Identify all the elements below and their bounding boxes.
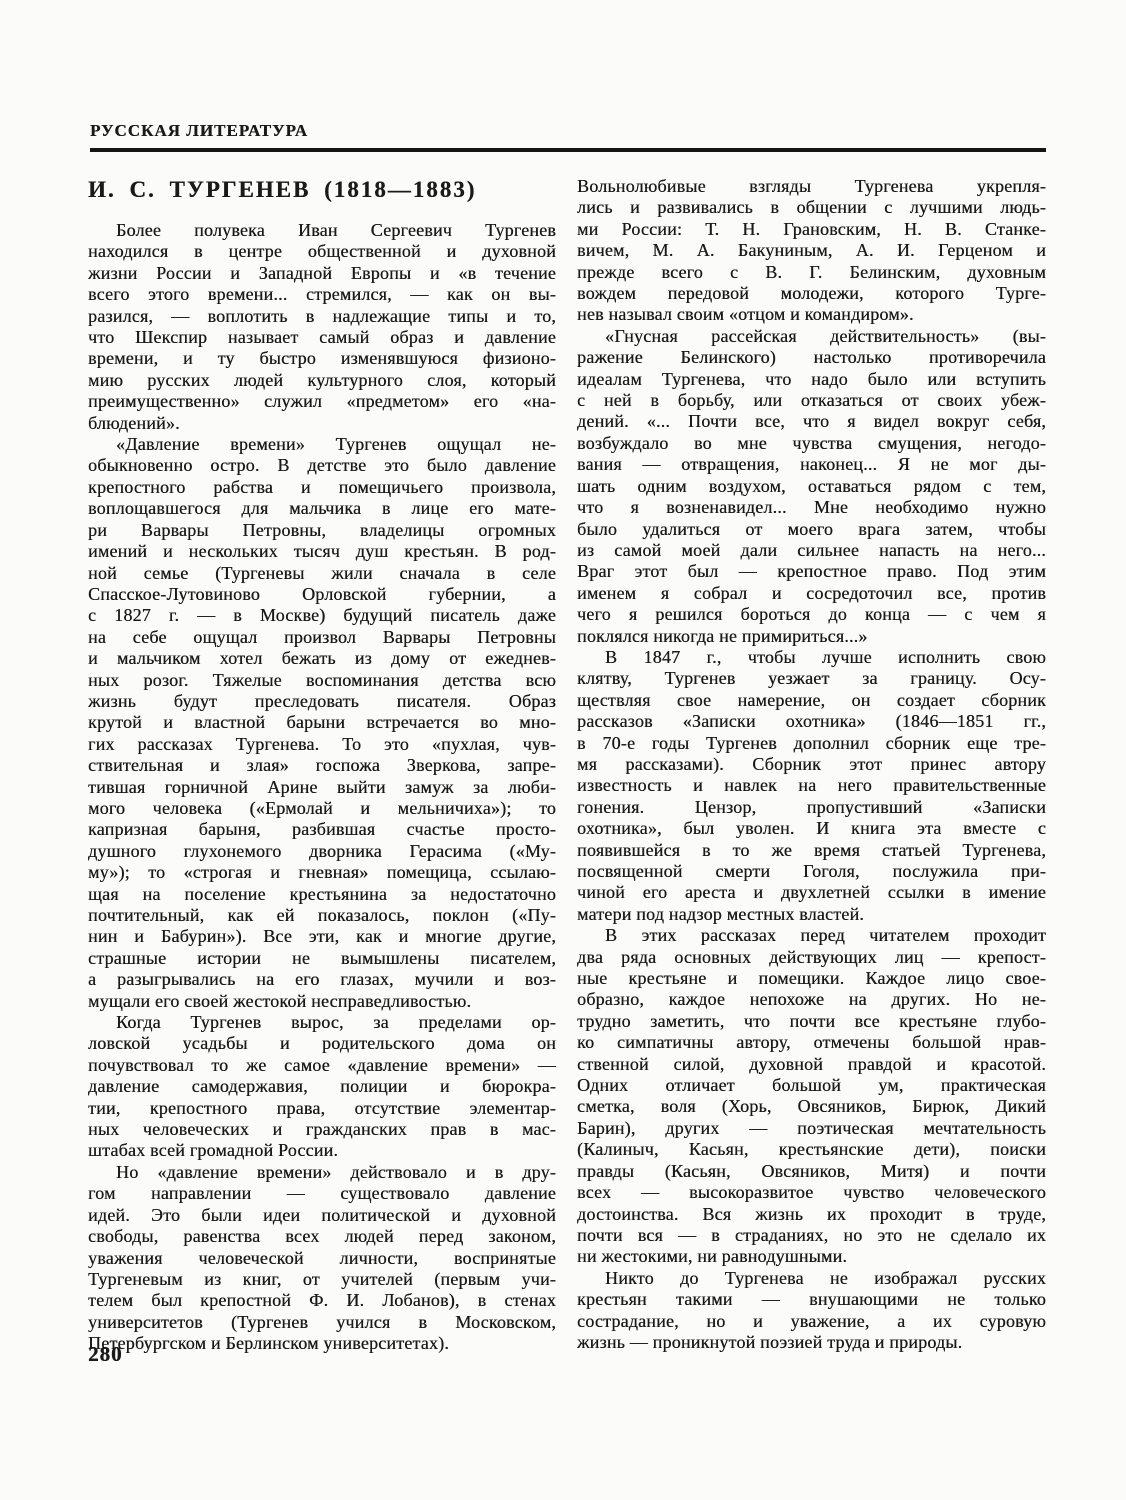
text-line: В этих рассказах перед читателем проходи… <box>577 925 1046 946</box>
book-page: РУССКАЯ ЛИТЕРАТУРА И. С. ТУРГЕНЕВ (1818—… <box>0 0 1126 1500</box>
paragraph: Когда Тургенев вырос, за пределами ор-ло… <box>88 1012 556 1162</box>
text-line: капризная барыня, разбившая счастье прос… <box>88 819 556 840</box>
text-line: крутой и властной барыни встречается во … <box>88 712 556 733</box>
page-number: 280 <box>88 1342 123 1367</box>
text-line: что Шекспир называет самый образ и давле… <box>88 327 556 348</box>
text-line: на себе ощущал произвол Варвары Петровны <box>88 627 556 648</box>
text-line: Когда Тургенев вырос, за пределами ор- <box>88 1012 556 1033</box>
text-line: (Калиныч, Касьян, крестьянские дети), по… <box>577 1139 1046 1160</box>
text-line: Более полувека Иван Сергеевич Тургенев <box>88 220 556 241</box>
paragraph: «Гнусная рассейская действительность» (в… <box>577 326 1046 647</box>
header-rule <box>90 148 1046 152</box>
paragraph: Но «давление времени» действовало и в др… <box>88 1162 556 1355</box>
text-line: было удалиться от моего врага затем, что… <box>577 519 1046 540</box>
paragraph: Вольнолюбивые взгляды Тургенева укрепля-… <box>577 176 1046 326</box>
text-line: Петербургском и Берлинском университетах… <box>88 1333 556 1354</box>
text-line: щая на поселение крестьянина за недостат… <box>88 884 556 905</box>
text-line: воплощавшегося для мальчика в лице его м… <box>88 498 556 519</box>
text-line: времени, и ту быстро изменявшуюся физион… <box>88 348 556 369</box>
text-line: ственной силой, духовной правдой и красо… <box>577 1054 1046 1075</box>
text-line: Никто до Тургенева не изображал русских <box>577 1268 1046 1289</box>
text-line: жизни России и Западной Европы и «в тече… <box>88 263 556 284</box>
text-line: с ней в борьбу, или отказаться от своих … <box>577 390 1046 411</box>
text-line: мущали его своей жестокой несправедливос… <box>88 991 556 1012</box>
text-line: с 1827 г. — в Москве) будущий писатель д… <box>88 605 556 626</box>
paragraph: Более полувека Иван Сергеевич Тургеневна… <box>88 220 556 434</box>
paragraph: В этих рассказах перед читателем проходи… <box>577 925 1046 1268</box>
text-line: матери под надзор местных властей. <box>577 904 1046 925</box>
text-line: ной семье (Тургеневы жили сначала в селе <box>88 563 556 584</box>
text-line: ществляя свое намерение, он создает сбор… <box>577 690 1046 711</box>
text-line: именем я собрал и сосредоточил все, прот… <box>577 583 1046 604</box>
text-line: тившая горничной Арине выйти замуж за лю… <box>88 777 556 798</box>
text-line: трудно заметить, что почти все крестьяне… <box>577 1011 1046 1032</box>
text-line: страшные истории не вымышлены писателем, <box>88 948 556 969</box>
text-line: ражение Белинского) настолько противореч… <box>577 347 1046 368</box>
text-line: всего этого времени... стремился, — как … <box>88 284 556 305</box>
text-line: уважения человеческой личности, восприня… <box>88 1248 556 1269</box>
text-line: возбуждало во мне чувства смущения, него… <box>577 433 1046 454</box>
text-line: всех — высокоразвитое чувство человеческ… <box>577 1182 1046 1203</box>
right-column: Вольнолюбивые взгляды Тургенева укрепля-… <box>577 176 1046 1353</box>
text-line: прежде всего с В. Г. Белинским, духовным <box>577 262 1046 283</box>
text-line: поклялся никогда не примириться...» <box>577 626 1046 647</box>
text-line: мого человека («Ермолай и мельничиха»); … <box>88 798 556 819</box>
text-line: нин и Бабурин»). Все эти, как и многие д… <box>88 926 556 947</box>
text-line: «Гнусная рассейская действительность» (в… <box>577 326 1046 347</box>
text-line: гом направлении — существовало давление <box>88 1183 556 1204</box>
text-line: рассказов «Записки охотника» (1846—1851 … <box>577 711 1046 732</box>
text-line: ни жестокими, ни равнодушными. <box>577 1246 1046 1267</box>
text-line: находился в центре общественной и духовн… <box>88 241 556 262</box>
text-line: жизнь будут преследовать писателя. Образ <box>88 691 556 712</box>
running-header: РУССКАЯ ЛИТЕРАТУРА <box>90 121 308 141</box>
text-line: Барин), других — поэтическая мечтательно… <box>577 1118 1046 1139</box>
text-line: ные крестьяне и помещики. Каждое лицо св… <box>577 968 1046 989</box>
text-line: разился, — воплотить в надлежащие типы и… <box>88 306 556 327</box>
text-line: шать одним воздухом, оставаться рядом с … <box>577 476 1046 497</box>
text-line: му»); то «строгая и гневная» помещица, с… <box>88 862 556 883</box>
text-line: а разыгрывались на его глазах, мучили и … <box>88 969 556 990</box>
text-line: ми России: Т. Н. Грановским, Н. В. Станк… <box>577 219 1046 240</box>
text-line: почтительный, как ей показалось, поклон … <box>88 905 556 926</box>
text-line: блюдений». <box>88 413 556 434</box>
text-line: идеалам Тургенева, что надо было или вст… <box>577 369 1046 390</box>
text-line: гих рассказах Тургенева. То это «пухлая,… <box>88 734 556 755</box>
text-line: Спасское-Лутовиново Орловской губернии, … <box>88 584 556 605</box>
text-line: охотника», был уволен. И книга эта вмест… <box>577 818 1046 839</box>
left-column: И. С. ТУРГЕНЕВ (1818—1883) Более полувек… <box>88 176 556 1355</box>
text-line: лись и развивались в общении с лучшими л… <box>577 197 1046 218</box>
text-line: ствительная и злая» госпожа Зверкова, за… <box>88 755 556 776</box>
text-line: Но «давление времени» действовало и в др… <box>88 1162 556 1183</box>
text-line: посвященной смерти Гоголя, послужила при… <box>577 861 1046 882</box>
text-line: что я возненавидел... Мне необходимо нуж… <box>577 497 1046 518</box>
text-line: вождем передовой молодежи, которого Тург… <box>577 283 1046 304</box>
text-line: университетов (Тургенев учился в Московс… <box>88 1312 556 1333</box>
text-line: штабах всей громадной России. <box>88 1140 556 1161</box>
paragraph: В 1847 г., чтобы лучше исполнить своюкля… <box>577 647 1046 925</box>
text-line: ловской усадьбы и родительского дома он <box>88 1033 556 1054</box>
text-line: тии, крепостного права, отсутствие элеме… <box>88 1098 556 1119</box>
text-line: мию русских людей культурного слоя, кото… <box>88 370 556 391</box>
text-line: телем был крепостной Ф. И. Лобанов), в с… <box>88 1290 556 1311</box>
text-line: душного глухонемого дворника Герасима («… <box>88 841 556 862</box>
text-line: вичем, М. А. Бакуниным, А. И. Герценом и <box>577 240 1046 261</box>
text-line: правды (Касьян, Овсяников, Митя) и почти <box>577 1161 1046 1182</box>
text-line: дений. «... Почти все, что я видел вокру… <box>577 411 1046 432</box>
text-line: давление самодержавия, полиции и бюрокра… <box>88 1076 556 1097</box>
text-line: сметка, воля (Хорь, Овсяников, Бирюк, Ди… <box>577 1096 1046 1117</box>
text-line: вания — отвращения, наконец... Я не мог … <box>577 454 1046 475</box>
text-line: Тургеневым из книг, от учителей (первым … <box>88 1269 556 1290</box>
text-line: гонения. Цензор, пропустивший «Записки <box>577 797 1046 818</box>
text-line: два ряда основных действующих лиц — креп… <box>577 947 1046 968</box>
text-line: ко симпатичны автору, отмечены большой н… <box>577 1032 1046 1053</box>
text-line: появившейся в то же время статьей Турген… <box>577 840 1046 861</box>
paragraph: «Давление времени» Тургенев ощущал не-об… <box>88 434 556 1012</box>
text-line: из самой моей дали сильнее напасть на не… <box>577 540 1046 561</box>
text-line: Вольнолюбивые взгляды Тургенева укрепля- <box>577 176 1046 197</box>
text-line: ных розог. Тяжелые воспоминания детства … <box>88 670 556 691</box>
text-line: свободы, равенства всех людей перед зако… <box>88 1226 556 1247</box>
text-line: почти вся — в страданиях, но это не сдел… <box>577 1225 1046 1246</box>
text-line: нев называл своим «отцом и командиром». <box>577 304 1046 325</box>
left-column-text: Более полувека Иван Сергеевич Тургеневна… <box>88 220 556 1355</box>
text-line: чего я решился бороться до конца — с чем… <box>577 604 1046 625</box>
article-title: И. С. ТУРГЕНЕВ (1818—1883) <box>88 176 556 220</box>
text-line: чиной его ареста и двухлетней ссылки в и… <box>577 882 1046 903</box>
paragraph: Никто до Тургенева не изображал русскихк… <box>577 1268 1046 1354</box>
text-line: Враг этот был — крепостное право. Под эт… <box>577 561 1046 582</box>
text-line: Одних отличает большой ум, практическая <box>577 1075 1046 1096</box>
text-line: идей. Это были идеи политической и духов… <box>88 1205 556 1226</box>
text-line: крестьян такими — внушающими не только <box>577 1289 1046 1310</box>
text-line: и мальчиком хотел бежать из дому от ежед… <box>88 648 556 669</box>
text-line: клятву, Тургенев уезжает за границу. Осу… <box>577 668 1046 689</box>
text-line: сострадание, но и уважение, а их суровую <box>577 1311 1046 1332</box>
text-line: обыкновенно остро. В детстве это было да… <box>88 455 556 476</box>
text-line: ных человеческих и гражданских прав в ма… <box>88 1119 556 1140</box>
text-line: образно, каждое непохоже на других. Но н… <box>577 989 1046 1010</box>
text-line: крепостного рабства и помещичьего произв… <box>88 477 556 498</box>
text-line: ри Варвары Петровны, владелицы огромных <box>88 520 556 541</box>
text-line: достоинства. Вся жизнь их проходит в тру… <box>577 1204 1046 1225</box>
text-line: почувствовал то же самое «давление време… <box>88 1055 556 1076</box>
text-line: мя рассказами). Сборник этот принес авто… <box>577 754 1046 775</box>
text-line: имений и нескольких тысяч душ крестьян. … <box>88 541 556 562</box>
text-line: в 70-е годы Тургенев дополнил сборник ещ… <box>577 733 1046 754</box>
text-line: жизнь — проникнутой поэзией труда и прир… <box>577 1332 1046 1353</box>
text-line: В 1847 г., чтобы лучше исполнить свою <box>577 647 1046 668</box>
text-line: известность и навлек на него правительст… <box>577 775 1046 796</box>
text-line: «Давление времени» Тургенев ощущал не- <box>88 434 556 455</box>
text-line: преимущественно» служил «предметом» его … <box>88 391 556 412</box>
